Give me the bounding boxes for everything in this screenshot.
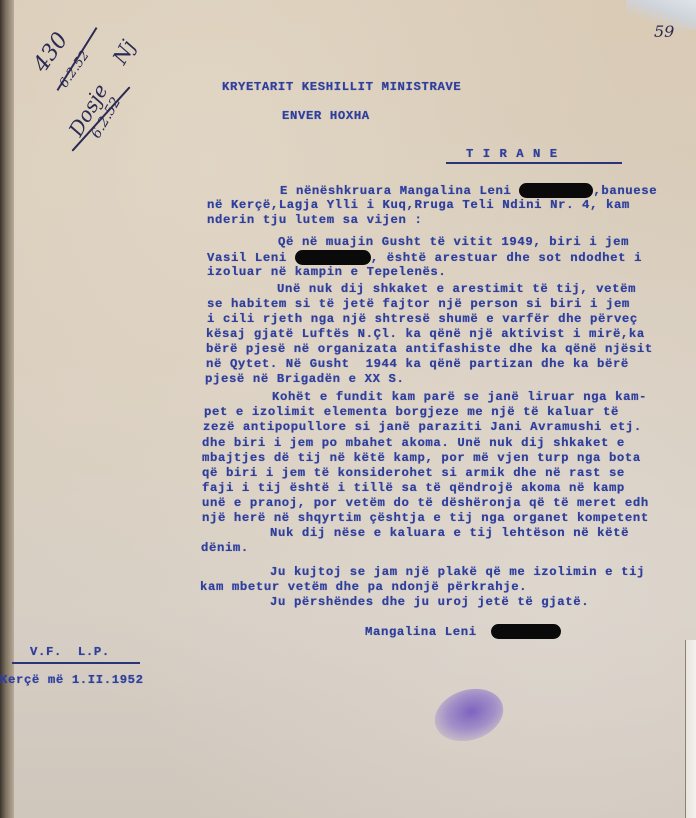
redaction-signature-surname [491, 624, 561, 639]
place-date: Kerçë më 1.II.1952 [0, 673, 144, 689]
body-line: se habitem si të jetë fajtor një person … [207, 297, 630, 313]
body-line: mbajtjes dë tij në këtë kamp, por më vje… [202, 451, 641, 467]
body-line: izoluar në kampin e Tepelenës. [207, 265, 446, 281]
body-line: i cili rjeth nga një shtresë shumë e var… [207, 312, 638, 328]
body-line: Ju përshëndes dhe ju uroj jetë të gjatë. [270, 595, 589, 611]
signature-name: Mangalina Leni [365, 625, 477, 639]
redaction-surname [519, 183, 593, 198]
body-line: bërë pjesë në organizata antifashiste dh… [206, 342, 653, 358]
body-line: Nuk dij nëse e kaluara e tij lehtëson në… [270, 526, 629, 542]
body-line: që biri i jem të konsiderohet si armik d… [202, 466, 625, 482]
body-line: kam mbetur vetëm dhe pa ndonjë përkrahje… [200, 580, 527, 596]
body-line: Unë nuk dij shkaket e arestimit të tij, … [277, 282, 636, 298]
body-line: në Kerçë,Lagja Ylli i Kuq,Rruga Teli Ndi… [207, 198, 630, 214]
addressee-name: ENVER HOXHA [282, 109, 370, 125]
footer-initials: V.F. L.P. [30, 645, 110, 661]
folder-edge [0, 0, 14, 818]
body-line: E nënëshkruara Mangalina Leni ,banuese [280, 183, 657, 199]
body-line: një herë në shqyrtim çështja e tij nga o… [202, 511, 649, 527]
body-line: Vasil Leni , është arestuar dhe sot ndod… [207, 250, 642, 266]
body-line: pjesë në Brigadën e XX S. [205, 372, 404, 388]
body-line: dënim. [201, 541, 249, 557]
body-line: Që në muajin Gusht të vitit 1949, biri i… [278, 235, 629, 251]
body-line: unë e pranoj, por vetëm do të dëshëronja… [202, 496, 649, 512]
body-line: Ju kujtoj se jam një plakë që me izolimi… [270, 565, 645, 581]
body-line: dhe biri i jem po mbahet akoma. Unë nuk … [202, 436, 625, 452]
footer-underline [12, 662, 140, 664]
body-line: zezë antipopullore si janë paraziti Jani… [203, 420, 642, 436]
body-line: Kohët e fundit kam parë se janë liruar n… [272, 390, 647, 406]
body-line: kësaj gjatë Luftës N.Çl. ka qënë një akt… [206, 327, 645, 343]
underlying-page-edge [685, 640, 696, 818]
page-number: 59 [654, 22, 674, 41]
redaction-son-surname [295, 250, 371, 265]
city-heading: T I R A N E [466, 147, 558, 163]
body-line: në Qytet. Në Gusht 1944 ka qënë partizan… [206, 357, 629, 373]
body-line: nderin tju lutem sa vijen : [207, 213, 422, 229]
city-underline [446, 162, 622, 164]
body-line: pet e izolimit elementa borgjeze me një … [204, 405, 619, 421]
signature-line: Mangalina Leni [365, 624, 561, 640]
addressee-title: KRYETARIT KESHILLIT MINISTRAVE [222, 80, 461, 96]
body-line: faji i tij është i tillë sa të qëndrojë … [202, 481, 625, 497]
